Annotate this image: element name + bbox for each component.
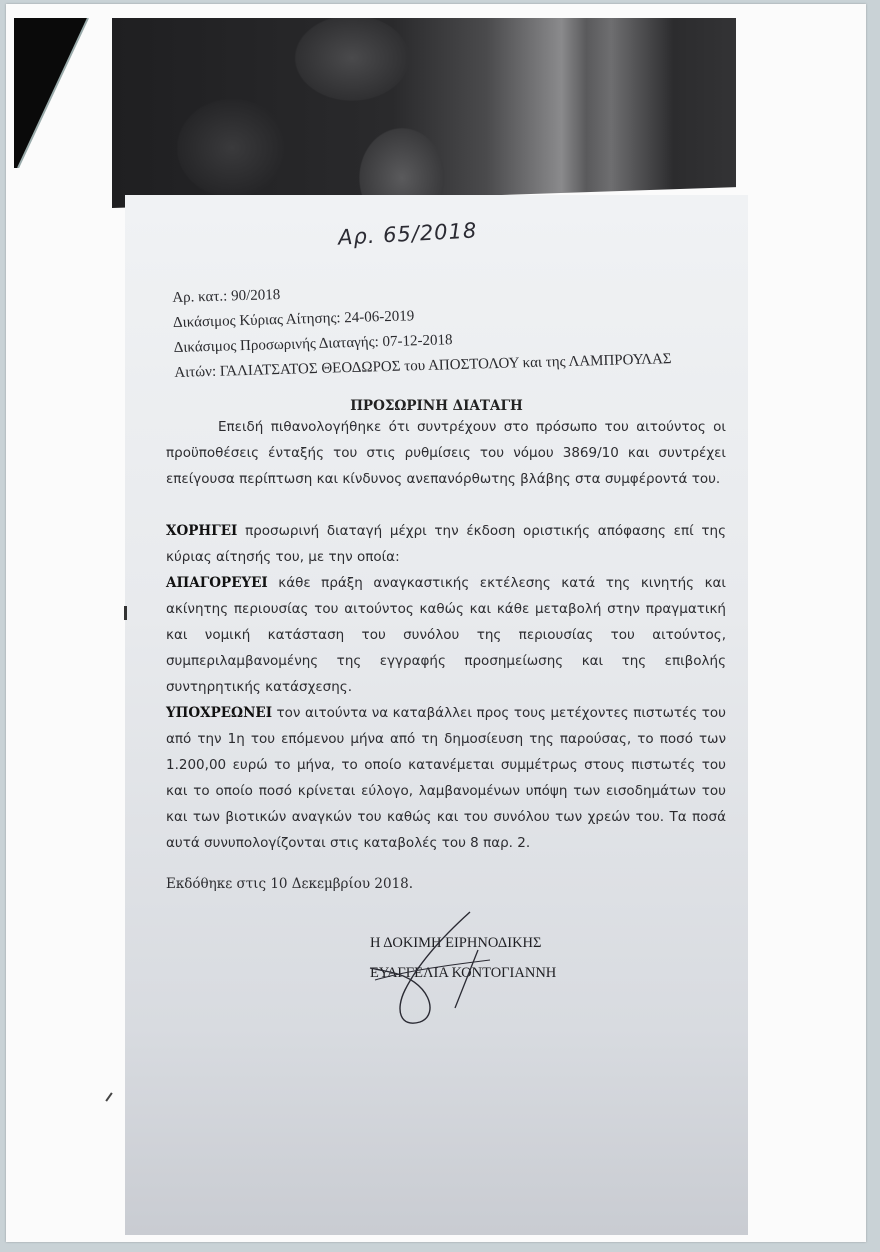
grants-text: προσωρινή διαταγή μέχρι την έκδοση οριστ…	[166, 523, 726, 565]
obliges-keyword: ΥΠΟΧΡΕΩΝΕΙ	[166, 705, 272, 721]
handwritten-signature	[360, 910, 500, 1030]
photo-region	[112, 18, 736, 208]
issue-date: Εκδόθηκε στις 10 Δεκεμβρίου 2018.	[166, 876, 413, 892]
prohibits-keyword: ΑΠΑΓΟΡΕΥΕΙ	[166, 575, 268, 591]
obliges-paragraph: ΥΠΟΧΡΕΩΝΕΙ τον αιτούντα να καταβάλλει πρ…	[166, 700, 726, 856]
case-metadata: Αρ. κατ.: 90/2018 Δικάσιμος Κύριας Αίτησ…	[172, 270, 735, 386]
grants-keyword: ΧΟΡΗΓΕΙ	[166, 523, 237, 539]
margin-mark	[124, 606, 127, 620]
document-title: ΠΡΟΣΩΡΙΝΗ ΔΙΑΤΑΓΗ	[125, 398, 748, 414]
intro-paragraph: Επειδή πιθανολογήθηκε ότι συντρέχουν στο…	[166, 414, 726, 492]
grants-paragraph: ΧΟΡΗΓΕΙ προσωρινή διαταγή μέχρι την έκδο…	[166, 518, 726, 570]
prohibits-paragraph: ΑΠΑΓΟΡΕΥΕΙ κάθε πράξη αναγκαστικής εκτέλ…	[166, 570, 726, 700]
prohibits-text: κάθε πράξη αναγκαστικής εκτέλεσης κατά τ…	[166, 575, 726, 695]
scan-corner-artifact	[14, 18, 92, 168]
obliges-text: τον αιτούντα να καταβάλλει προς τους μετ…	[166, 705, 726, 851]
